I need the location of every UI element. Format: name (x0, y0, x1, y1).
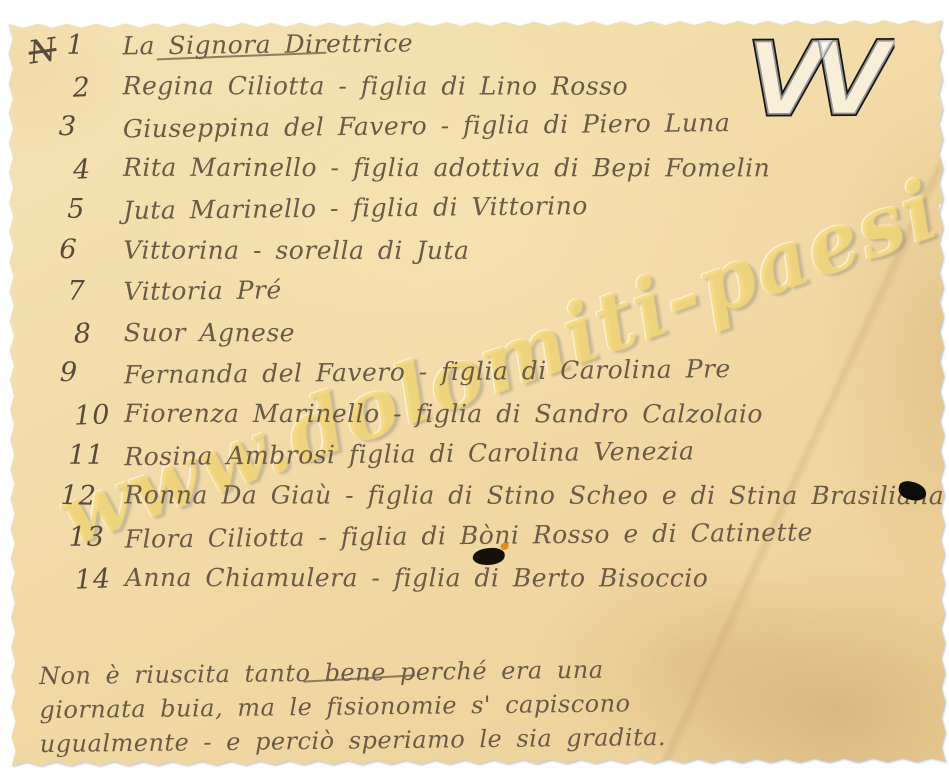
photo-back: www.dolomiti-paesi-gente.it VV N 1 La Si… (8, 20, 945, 766)
entry-number: 11 (68, 440, 124, 471)
list-row: 2 Regina Ciliotta - figlia di Lino Rosso (9, 67, 943, 112)
entry-text: Rosina Ambrosi figlia di Carolina Venezi… (124, 436, 695, 471)
list-row: 3 Giuseppina del Favero - figlia di Pier… (9, 108, 943, 153)
list-row: 5 Juta Marinello - figlia di Vittorino (9, 190, 943, 235)
entry-number: 1 (66, 30, 122, 61)
entry-text: Giuseppina del Favero - figlia di Piero … (123, 108, 731, 143)
entry-number: 4 (72, 153, 129, 186)
entry-number: 14 (74, 563, 131, 596)
entry-text: Fiorenza Marinello - figlia di Sandro Ca… (124, 399, 763, 429)
entry-number: 3 (58, 111, 115, 144)
entry-number: 13 (69, 522, 125, 553)
entry-number: 9 (59, 357, 116, 390)
entry-number: 10 (74, 399, 131, 432)
entry-text: Rita Marinello - figlia adottiva di Bepi… (123, 153, 770, 183)
entry-text: Vittoria Pré (123, 275, 281, 306)
entry-text: Suor Agnese (124, 318, 295, 347)
list-row: 4 Rita Marinello - figlia adottiva di Be… (9, 149, 943, 194)
entry-number: 12 (60, 480, 117, 513)
list-row: 1 La Signora Direttrice (8, 26, 942, 71)
entry-text: Vittorina - sorella di Juta (123, 236, 469, 265)
list-row: 8 Suor Agnese (10, 313, 944, 358)
entry-text: Ronna Da Giaù - figlia di Stino Scheo e … (124, 480, 944, 510)
entry-number: 2 (72, 71, 129, 104)
note-line: ugualmente - e perciò speriamo le sia gr… (40, 720, 667, 761)
entry-text: Flora Ciliotta - figlia di Bòni Rosso e … (124, 517, 813, 553)
list-row: 9 Fernanda del Favero - figlia di Caroli… (10, 354, 944, 399)
list-row: 6 Vittorina - sorella di Juta (9, 231, 943, 276)
list-row: 12 Ronna Da Giaù - figlia di Stino Scheo… (10, 477, 944, 522)
scan-background: www.dolomiti-paesi-gente.it VV N 1 La Si… (0, 0, 949, 768)
list-row: 14 Anna Chiamulera - figlia di Berto Bis… (11, 559, 945, 604)
name-list: 1 La Signora Direttrice 2 Regina Ciliott… (8, 26, 944, 604)
list-row: 11 Rosina Ambrosi figlia di Carolina Ven… (10, 436, 944, 481)
entry-number: 7 (67, 276, 123, 307)
entry-text: Anna Chiamulera - figlia di Berto Bisocc… (125, 563, 709, 593)
closing-note: Non è riuscita tanto bene perché era una… (39, 652, 666, 761)
entry-number: 8 (73, 317, 130, 350)
entry-text: Fernanda del Favero - figlia di Carolina… (124, 354, 731, 389)
list-row: 10 Fiorenza Marinello - figlia di Sandro… (10, 395, 944, 440)
entry-text: Juta Marinello - figlia di Vittorino (123, 191, 588, 225)
entry-number: 6 (59, 234, 116, 267)
list-row: 7 Vittoria Pré (9, 272, 943, 317)
entry-number: 5 (67, 194, 123, 225)
entry-text: Regina Ciliotta - figlia di Lino Rosso (123, 71, 628, 100)
